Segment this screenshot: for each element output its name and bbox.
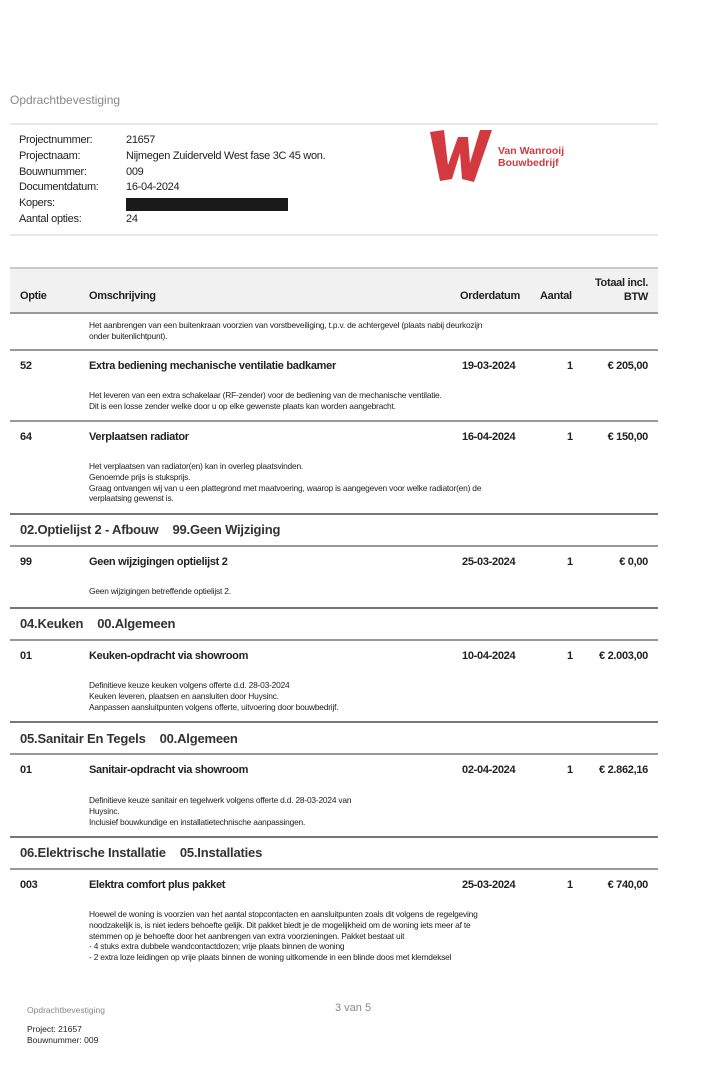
label-kopers: Kopers:: [19, 196, 126, 212]
cell-totaal: € 0,00: [619, 556, 648, 568]
cell-omschrijving: Geen wijzigingen optielijst 2: [89, 556, 228, 568]
row-detail: Definitieve keuze keuken volgens offerte…: [89, 680, 539, 712]
detail-line: Het verplaatsen van radiator(en) kan in …: [89, 461, 539, 472]
row-detail: Geen wijzigingen betreffende optielijst …: [89, 586, 539, 597]
detail-line: Het aanbrengen van een buitenkraan voorz…: [89, 320, 539, 331]
row-divider: [10, 420, 658, 422]
cell-optie: 64: [20, 431, 32, 443]
row-divider: [10, 349, 658, 351]
cell-totaal: € 2.862,16: [599, 764, 648, 776]
cell-aantal: 1: [567, 650, 573, 662]
detail-line: Dit is een losse zender welke door u op …: [89, 401, 539, 412]
cell-orderdatum: 25-03-2024: [462, 556, 515, 568]
detail-line: Graag ontvangen wij van u een plattegron…: [89, 483, 539, 494]
cell-aantal: 1: [567, 764, 573, 776]
detail-line: - 2 extra loze leidingen op vrije plaats…: [89, 952, 549, 963]
cell-orderdatum: 25-03-2024: [462, 879, 515, 891]
row-detail: Het leveren van een extra schakelaar (RF…: [89, 390, 539, 412]
section-header: 02.Optielijst 2 - Afbouw99.Geen Wijzigin…: [20, 522, 294, 537]
company-logo: Van Wanrooij Bouwbedrijf: [428, 127, 578, 187]
detail-line: noodzakelijk is, is niet ieders behoefte…: [89, 920, 549, 931]
table-header: Optie Omschrijving Orderdatum Aantal Tot…: [10, 267, 658, 314]
table-row: 99 Geen wijzigingen optielijst 2 25-03-2…: [0, 556, 720, 570]
label-aantal-opties: Aantal opties:: [19, 212, 126, 228]
detail-line: Huysinc.: [89, 806, 539, 817]
header-omschrijving: Omschrijving: [89, 290, 156, 302]
row-detail: Het verplaatsen van radiator(en) kan in …: [89, 461, 539, 504]
header-totaal-line1: Totaal incl.: [595, 277, 648, 289]
section-header: 05.Sanitair En Tegels00.Algemeen: [20, 731, 252, 746]
section-divider: [10, 836, 658, 838]
brand-name-line2: Bouwbedrijf: [498, 157, 564, 169]
document-title: Opdrachtbevestiging: [10, 93, 120, 107]
section-group: 04.Keuken: [20, 616, 83, 631]
section-group: 05.Sanitair En Tegels: [20, 731, 146, 746]
label-bouwnummer: Bouwnummer:: [19, 165, 126, 181]
cell-totaal: € 150,00: [608, 431, 648, 443]
detail-line: Definitieve keuze sanitair en tegelwerk …: [89, 795, 539, 806]
row-detail: Hoewel de woning is voorzien van het aan…: [89, 909, 549, 963]
header-optie: Optie: [20, 290, 47, 302]
value-documentdatum: 16-04-2024: [126, 180, 179, 196]
label-projectnummer: Projectnummer:: [19, 133, 126, 149]
footer-project: Project: 21657: [27, 1024, 98, 1035]
cell-orderdatum: 10-04-2024: [462, 650, 515, 662]
section-sub: 05.Installaties: [180, 845, 262, 860]
detail-line: stemmen op je behoefte door het aanbreng…: [89, 931, 549, 942]
divider: [10, 123, 658, 125]
cell-totaal: € 205,00: [608, 360, 648, 372]
cell-optie: 003: [20, 879, 37, 891]
header-orderdatum: Orderdatum: [460, 290, 520, 302]
page-number: 3 van 5: [335, 1002, 371, 1014]
detail-line: Aanpassen aansluitpunten volgens offerte…: [89, 702, 539, 713]
cell-totaal: € 740,00: [608, 879, 648, 891]
cell-omschrijving: Sanitair-opdracht via showroom: [89, 764, 248, 776]
section-sub: 00.Algemeen: [97, 616, 175, 631]
cell-aantal: 1: [567, 431, 573, 443]
detail-line: Definitieve keuze keuken volgens offerte…: [89, 680, 539, 691]
detail-line: Geen wijzigingen betreffende optielijst …: [89, 586, 539, 597]
cell-aantal: 1: [567, 360, 573, 372]
cell-omschrijving: Extra bediening mechanische ventilatie b…: [89, 360, 336, 372]
table-row: 01 Sanitair-opdracht via showroom 02-04-…: [0, 764, 720, 778]
divider: [10, 234, 658, 236]
detail-line: Het leveren van een extra schakelaar (RF…: [89, 390, 539, 401]
table-row: 64 Verplaatsen radiator 16-04-2024 1 € 1…: [0, 431, 720, 445]
table-row: 01 Keuken-opdracht via showroom 10-04-20…: [0, 650, 720, 664]
section-group: 02.Optielijst 2 - Afbouw: [20, 522, 158, 537]
value-bouwnummer: 009: [126, 165, 143, 181]
detail-line: Hoewel de woning is voorzien van het aan…: [89, 909, 549, 920]
value-projectnaam: Nijmegen Zuiderveld West fase 3C 45 won.: [126, 149, 325, 165]
cell-orderdatum: 16-04-2024: [462, 431, 515, 443]
section-header: 06.Elektrische Installatie05.Installatie…: [20, 845, 276, 860]
label-documentdatum: Documentdatum:: [19, 180, 126, 196]
cell-orderdatum: 02-04-2024: [462, 764, 515, 776]
cell-optie: 01: [20, 650, 32, 662]
detail-line: Genoemde prijs is stuksprijs.: [89, 472, 539, 483]
section-header: 04.Keuken00.Algemeen: [20, 616, 189, 631]
cell-optie: 01: [20, 764, 32, 776]
detail-line: onder buitenlichtpunt).: [89, 331, 539, 342]
row-divider: [10, 545, 658, 547]
cell-optie: 99: [20, 556, 32, 568]
section-sub: 99.Geen Wijziging: [172, 522, 280, 537]
cell-omschrijving: Keuken-opdracht via showroom: [89, 650, 248, 662]
cell-aantal: 1: [567, 556, 573, 568]
section-divider: [10, 607, 658, 609]
project-info: Projectnummer:21657 Projectnaam:Nijmegen…: [19, 133, 325, 228]
header-totaal: Totaal incl. BTW: [595, 276, 648, 304]
section-divider: [10, 513, 658, 515]
row-divider: [10, 639, 658, 641]
cell-omschrijving: Elektra comfort plus pakket: [89, 879, 225, 891]
cell-optie: 52: [20, 360, 32, 372]
row-detail: Definitieve keuze sanitair en tegelwerk …: [89, 795, 539, 827]
footer-info: Project: 21657 Bouwnummer: 009: [27, 1024, 98, 1046]
cell-omschrijving: Verplaatsen radiator: [89, 431, 189, 443]
detail-line: - 4 stuks extra dubbele wandcontactdozen…: [89, 941, 549, 952]
header-totaal-line2: BTW: [624, 291, 648, 303]
section-divider: [10, 721, 658, 723]
value-projectnummer: 21657: [126, 133, 155, 149]
detail-line: Keuken leveren, plaatsen en aansluiten d…: [89, 691, 539, 702]
label-projectnaam: Projectnaam:: [19, 149, 126, 165]
carryover-detail: Het aanbrengen van een buitenkraan voorz…: [89, 320, 539, 342]
cell-totaal: € 2.003,00: [599, 650, 648, 662]
row-divider: [10, 753, 658, 755]
section-sub: 00.Algemeen: [160, 731, 238, 746]
brand-name-line1: Van Wanrooij: [498, 145, 564, 157]
w-logo-icon: [428, 127, 494, 183]
detail-line: Inclusief bouwkundige en installatietech…: [89, 817, 539, 828]
cell-orderdatum: 19-03-2024: [462, 360, 515, 372]
detail-line: verplaatsing gewenst is.: [89, 493, 539, 504]
row-divider: [10, 868, 658, 870]
cell-aantal: 1: [567, 879, 573, 891]
value-aantal-opties: 24: [126, 212, 138, 228]
footer-title: Opdrachtbevestiging: [27, 1005, 105, 1015]
table-row: 52 Extra bediening mechanische ventilati…: [0, 360, 720, 374]
section-group: 06.Elektrische Installatie: [20, 845, 166, 860]
redacted-kopers: [126, 198, 288, 211]
footer-bouwnummer: Bouwnummer: 009: [27, 1035, 98, 1046]
header-aantal: Aantal: [540, 290, 572, 302]
table-row: 003 Elektra comfort plus pakket 25-03-20…: [0, 879, 720, 893]
